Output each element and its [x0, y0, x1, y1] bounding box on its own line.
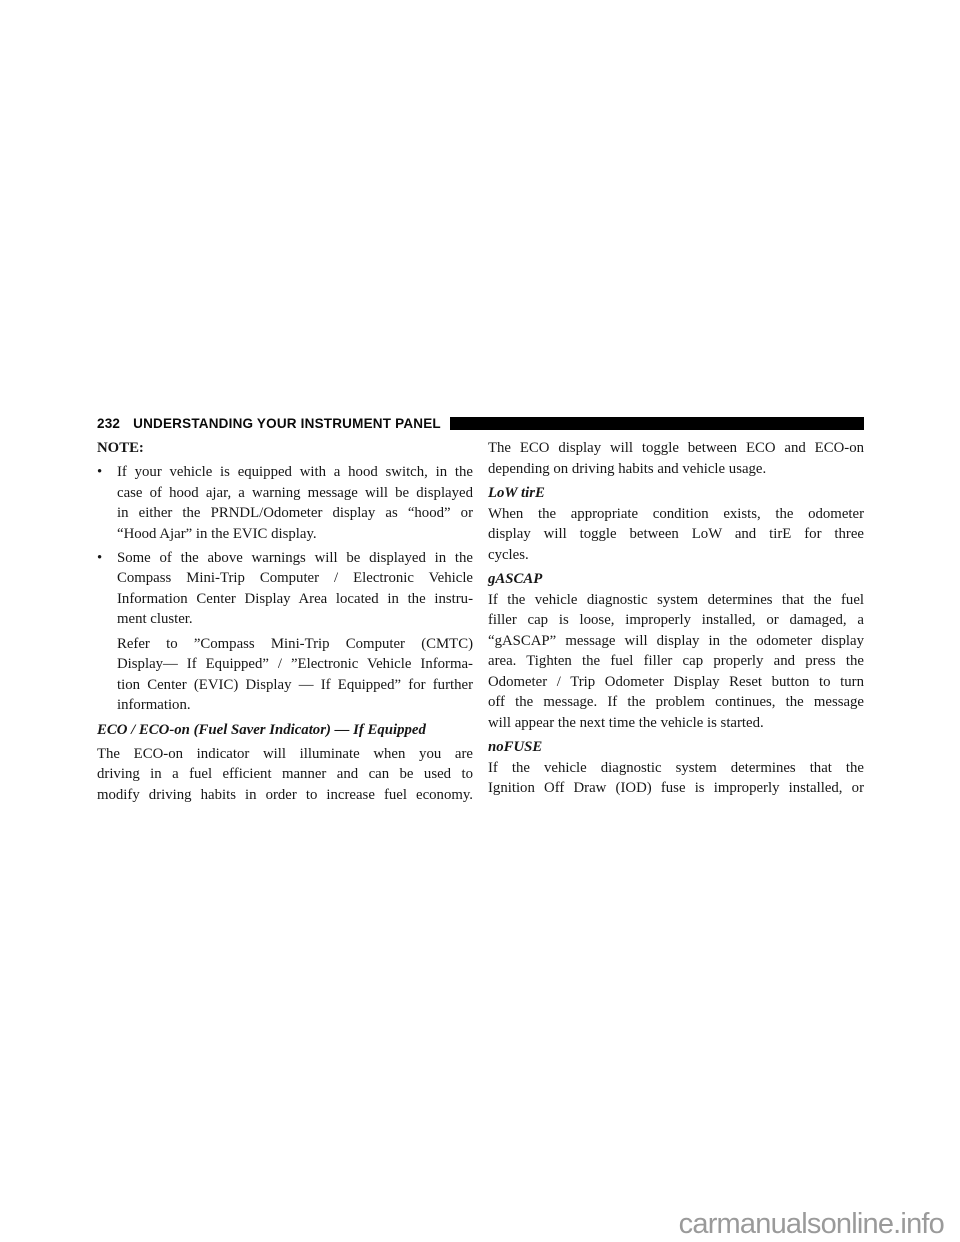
text-line: ment cluster.	[117, 609, 473, 630]
text-line: off the message. If the problem continue…	[488, 692, 864, 713]
text-line: If the vehicle diagnostic system determi…	[488, 758, 864, 779]
watermark-text: carmanualsonline.info	[679, 1208, 944, 1241]
gascap-paragraph: If the vehicle diagnostic system determi…	[488, 590, 864, 734]
text-line: The ECO display will toggle between ECO …	[488, 438, 864, 459]
text-line: information.	[117, 695, 473, 716]
text-line: in either the PRNDL/Odometer display as …	[117, 503, 473, 524]
text-line: Compass Mini-Trip Computer / Electronic …	[117, 568, 473, 589]
eco-toggle-paragraph: The ECO display will toggle between ECO …	[488, 438, 864, 479]
text-line: filler cap is loose, improperly installe…	[488, 610, 864, 631]
header-rule-bar	[450, 417, 864, 430]
text-line: display will toggle between LoW and tirE…	[488, 524, 864, 545]
gascap-heading: gASCAP	[488, 569, 864, 590]
text-line: The ECO-on indicator will illuminate whe…	[97, 744, 473, 765]
text-line: When the appropriate condition exists, t…	[488, 504, 864, 525]
text-line: Some of the above warnings will be displ…	[117, 548, 473, 569]
bullet-text: If your vehicle is equipped with a hood …	[117, 462, 473, 544]
text-line: case of hood ajar, a warning message wil…	[117, 483, 473, 504]
text-line: will appear the next time the vehicle is…	[488, 713, 864, 734]
text-line: depending on driving habits and vehicle …	[488, 459, 864, 480]
nofuse-heading: noFUSE	[488, 737, 864, 758]
manual-page: 232 UNDERSTANDING YOUR INSTRUMENT PANEL …	[0, 0, 960, 1242]
page-number: 232	[97, 416, 120, 431]
text-line: “gASCAP” message will display in the odo…	[488, 631, 864, 652]
running-header: 232 UNDERSTANDING YOUR INSTRUMENT PANEL	[97, 416, 864, 431]
page-content: 232 UNDERSTANDING YOUR INSTRUMENT PANEL …	[97, 416, 864, 805]
bullet-item-hood-switch: • If your vehicle is equipped with a hoo…	[97, 462, 473, 544]
text-line: area. Tighten the fuel filler cap proper…	[488, 651, 864, 672]
text-line: Ignition Off Draw (IOD) fuse is improper…	[488, 778, 864, 799]
right-column: The ECO display will toggle between ECO …	[488, 438, 864, 805]
nofuse-paragraph: If the vehicle diagnostic system determi…	[488, 758, 864, 799]
text-line: Odometer / Trip Odometer Display Reset b…	[488, 672, 864, 693]
bullet-text: Some of the above warnings will be displ…	[117, 548, 473, 630]
text-line: If the vehicle diagnostic system determi…	[488, 590, 864, 611]
chapter-title: UNDERSTANDING YOUR INSTRUMENT PANEL	[133, 416, 441, 431]
bullet-item-warnings-display: • Some of the above warnings will be dis…	[97, 548, 473, 630]
low-tire-heading: LoW tirE	[488, 483, 864, 504]
two-column-layout: NOTE: • If your vehicle is equipped with…	[97, 438, 864, 805]
text-line: “Hood Ajar” in the EVIC display.	[117, 524, 473, 545]
left-column: NOTE: • If your vehicle is equipped with…	[97, 438, 473, 805]
text-line: Refer to ”Compass Mini-Trip Computer (CM…	[117, 634, 473, 655]
text-line: Information Center Display Area located …	[117, 589, 473, 610]
text-line: driving in a fuel efficient manner and c…	[97, 764, 473, 785]
bullet-icon: •	[97, 462, 117, 544]
note-heading: NOTE:	[97, 438, 473, 459]
bullet-icon: •	[97, 548, 117, 630]
text-line: If your vehicle is equipped with a hood …	[117, 462, 473, 483]
text-line: modify driving habits in order to increa…	[97, 785, 473, 806]
refer-paragraph: Refer to ”Compass Mini-Trip Computer (CM…	[117, 634, 473, 716]
text-line: cycles.	[488, 545, 864, 566]
low-tire-paragraph: When the appropriate condition exists, t…	[488, 504, 864, 566]
text-line: tion Center (EVIC) Display — If Equipped…	[117, 675, 473, 696]
eco-paragraph: The ECO-on indicator will illuminate whe…	[97, 744, 473, 806]
text-line: Display— If Equipped” / ”Electronic Vehi…	[117, 654, 473, 675]
eco-section-heading: ECO / ECO-on (Fuel Saver Indicator) — If…	[97, 720, 473, 741]
